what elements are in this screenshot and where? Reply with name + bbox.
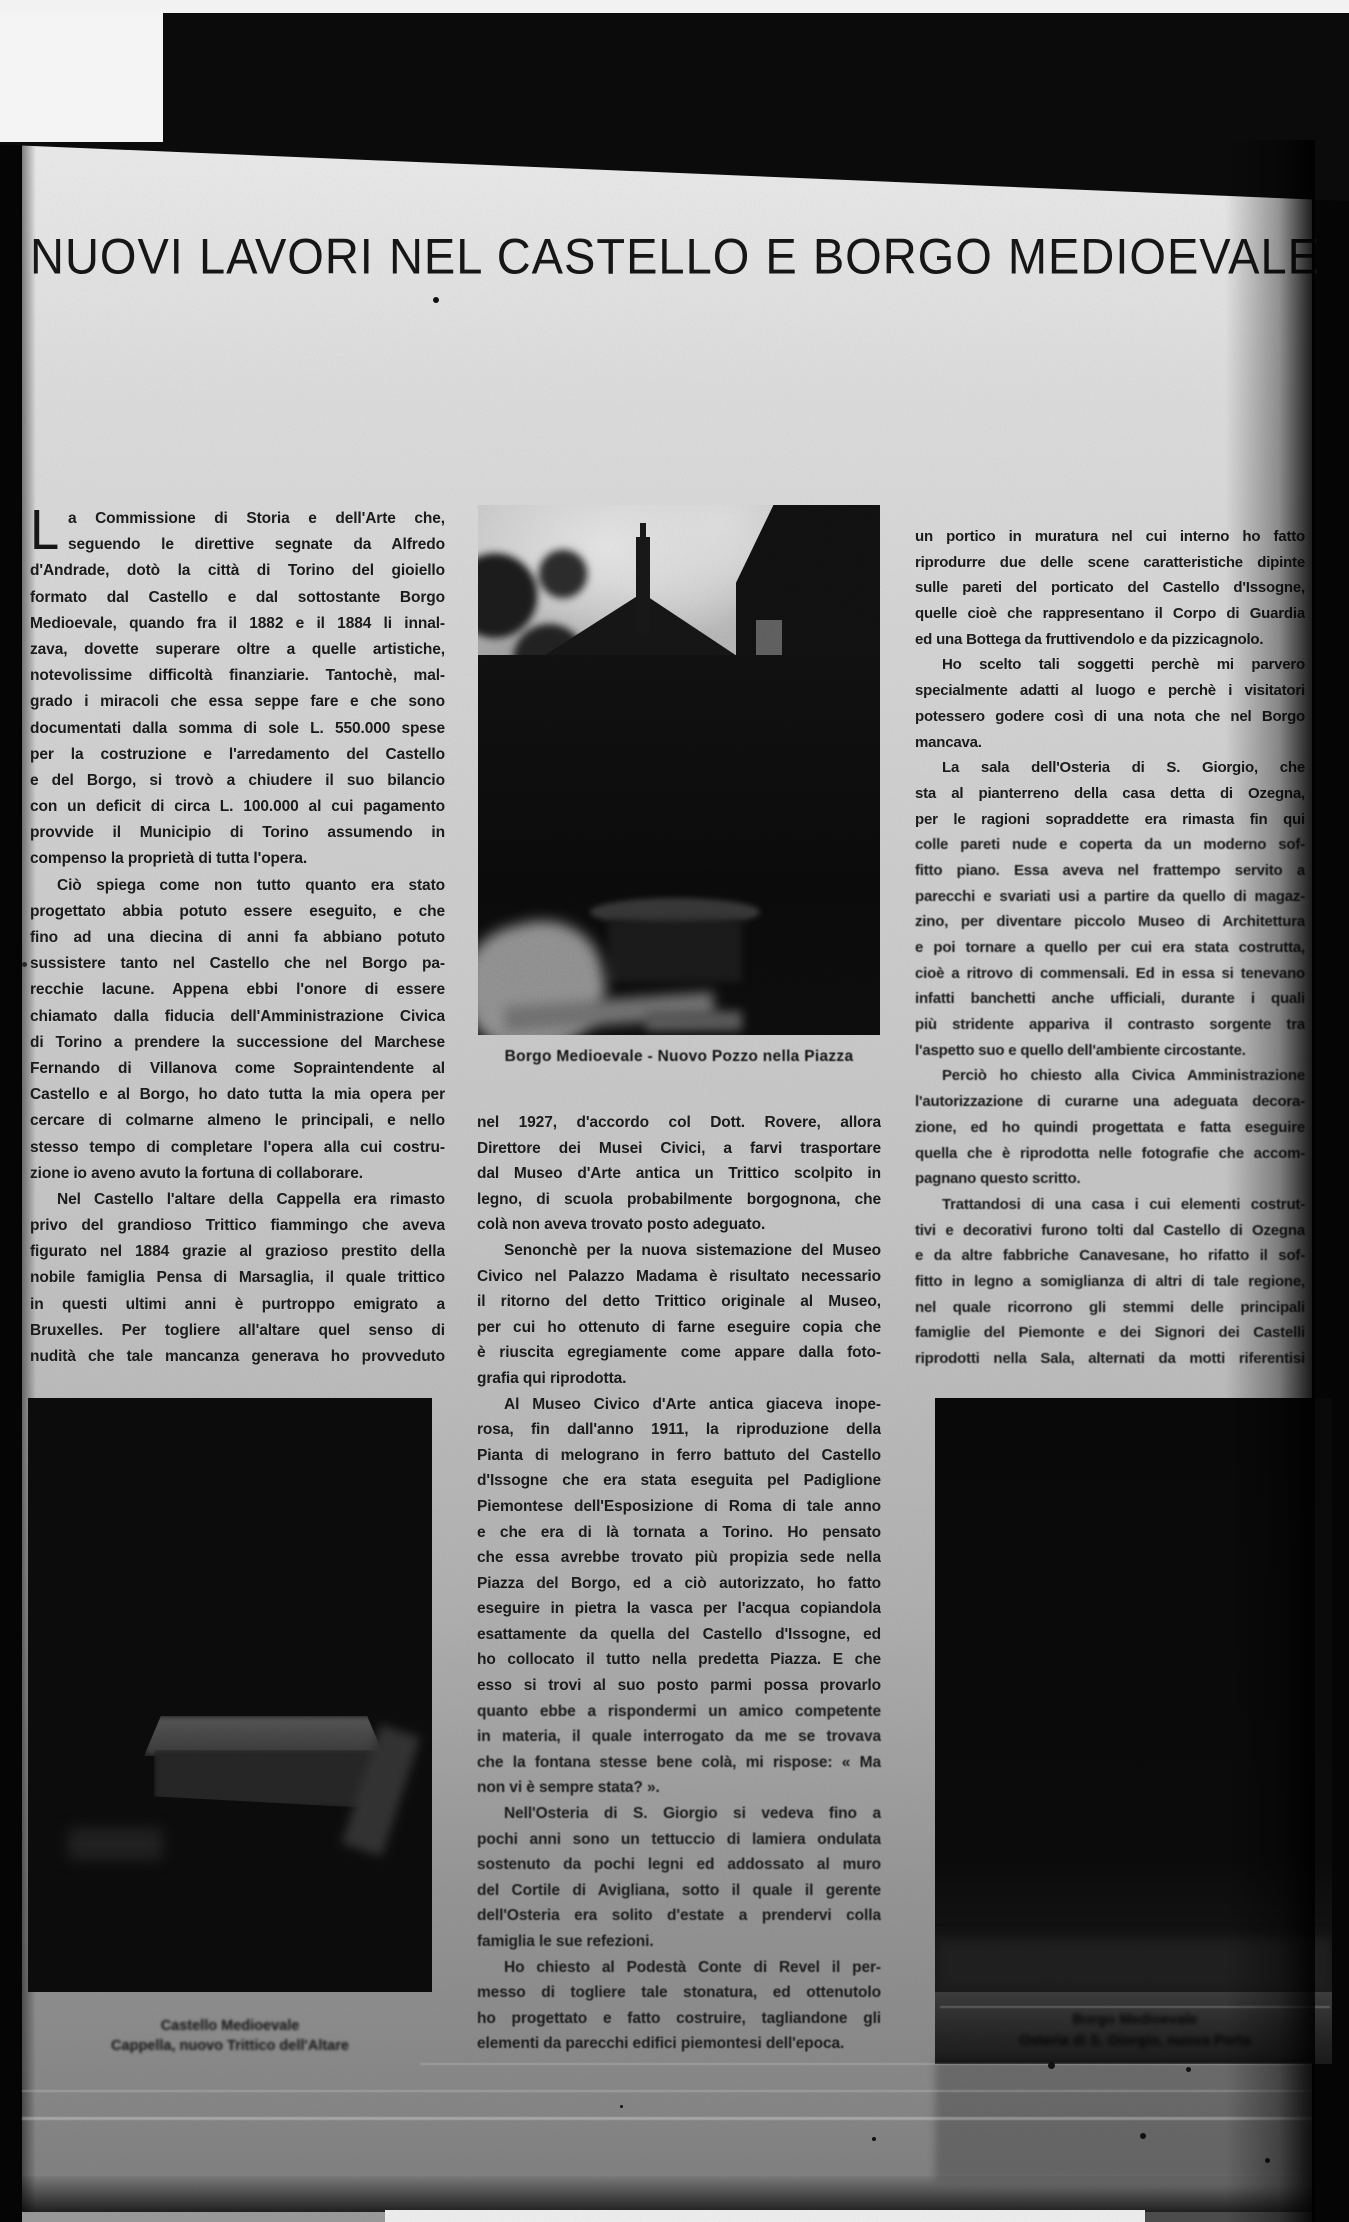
- text-line: ho progettato e fatto costruire, taglian…: [477, 2006, 881, 2032]
- text-line: in materia, il quale interrogato da me s…: [477, 1724, 881, 1750]
- text-line: documentati dalla somma di sole L. 550.0…: [30, 716, 445, 742]
- text-line: nel 1927, d'accordo col Dott. Rovere, al…: [477, 1110, 881, 1136]
- text-line: fino ad una diecina di anni fa abbiano p…: [30, 925, 445, 951]
- scan-streak: [420, 2063, 1312, 2065]
- text-line: chiamato dalla fiducia dell'Amministrazi…: [30, 1004, 445, 1030]
- photo-spire-tip: [640, 523, 646, 539]
- text-line: Al Museo Civico d'Arte antica giaceva in…: [477, 1392, 881, 1418]
- text-line: seguendo le direttive segnate da Alfredo: [30, 532, 445, 558]
- text-line: esattamente da quella del Castello d'Iss…: [477, 1622, 881, 1648]
- text-line: Direttore dei Musei Civici, a farvi tras…: [477, 1136, 881, 1162]
- text-line: il ritorno del detto Trittico originale …: [477, 1289, 881, 1315]
- text-line: eseguire in pietra la vasca per l'acqua …: [477, 1596, 881, 1622]
- scan-streak: [22, 2090, 1312, 2092]
- text-line: figurato nel 1884 grazie al grazioso pre…: [30, 1239, 445, 1265]
- bottom-dark-band: [22, 2176, 1312, 2212]
- caption-middle-photo: Borgo Medioevale - Nuovo Pozzo nella Pia…: [477, 1048, 881, 1066]
- text-column-left: a Commissione di Storia e dell'Arte che,…: [30, 506, 445, 1370]
- text-line: Pianta di melograno in ferro battuto del…: [477, 1443, 881, 1469]
- text-line: che la fontana stesse bene colà, mi risp…: [477, 1750, 881, 1776]
- margin-dot: [22, 962, 27, 967]
- text-line: non vi è sempre stata? ».: [477, 1775, 881, 1801]
- text-line: e del Borgo, si trovò a chiudere il suo …: [30, 768, 445, 794]
- text-line: rosa, fin dall'anno 1911, la riproduzion…: [477, 1417, 881, 1443]
- photo-well-base: [608, 920, 742, 982]
- dust-speck: [620, 2105, 623, 2108]
- text-line: Senonchè per la nuova sistemazione del M…: [477, 1238, 881, 1264]
- text-line: zione io aveno avuto la fortuna di colla…: [30, 1161, 445, 1187]
- photo-floor-glow: [68, 1828, 163, 1860]
- photo-light-spot: [646, 1011, 742, 1031]
- text-line: Nell'Osteria di S. Giorgio si vedeva fin…: [477, 1801, 881, 1827]
- text-line: Ciò spiega come non tutto quanto era sta…: [30, 873, 445, 899]
- text-line: del Cortile di Avigliana, sotto il quale…: [477, 1878, 881, 1904]
- right-edge-shadow: [1225, 140, 1315, 2222]
- text-line: pochi anni sono un tettuccio di lamiera …: [477, 1827, 881, 1853]
- text-line: famiglia le sue refezioni.: [477, 1929, 881, 1955]
- text-line: colà non aveva trovato posto adeguato.: [477, 1212, 881, 1238]
- scanner-top-left-block: [0, 12, 163, 142]
- text-line: Bruxelles. Per togliere all'altare quel …: [30, 1318, 445, 1344]
- text-line: esso si trovi al suo posto parmi possa p…: [477, 1673, 881, 1699]
- text-line: privo del grandioso Trittico fiammingo c…: [30, 1213, 445, 1239]
- text-line: Piazza del Borgo, ed a ciò autorizzato, …: [477, 1571, 881, 1597]
- text-line: ho collocato il tutto nella predetta Pia…: [477, 1647, 881, 1673]
- photo-spire: [636, 537, 650, 633]
- text-line: Medioevale, quando fra il 1882 e il 1884…: [30, 611, 445, 637]
- text-line: per cui ho ottenuto di farne eseguire co…: [477, 1315, 881, 1341]
- text-line: Piemontese dell'Esposizione di Roma di t…: [477, 1494, 881, 1520]
- text-line: Castello e al Borgo, ho dato tutta la mi…: [30, 1082, 445, 1108]
- text-line: Ho chiesto al Podestà Conte di Revel il …: [477, 1955, 881, 1981]
- bottom-gray-left: [22, 2212, 385, 2222]
- scan-streak: [22, 2117, 1312, 2120]
- text-line: cercare di colmarne almeno le principali…: [30, 1108, 445, 1134]
- text-line: progettato abbia potuto essere eseguito,…: [30, 899, 445, 925]
- text-line: nudità che tale mancanza generava ho pro…: [30, 1344, 445, 1370]
- dust-speck: [872, 2137, 876, 2141]
- text-line: che essa avrebbe trovato più propizia se…: [477, 1545, 881, 1571]
- text-line: a Commissione di Storia e dell'Arte che,: [30, 506, 445, 532]
- caption-bottom-left: Castello Medioevale Cappella, nuovo Trit…: [50, 2016, 410, 2056]
- photo-borgo-pozzo: [478, 505, 880, 1035]
- text-line: elementi da parecchi edifici piemontesi …: [477, 2031, 881, 2057]
- scanner-top-strip: [0, 0, 1349, 13]
- caption-line: Castello Medioevale: [50, 2016, 410, 2036]
- scanned-page: NUOVI LAVORI NEL CASTELLO E BORGO MEDIOE…: [0, 0, 1349, 2222]
- text-line: zava, dovette superare oltre a quelle ar…: [30, 637, 445, 663]
- text-line: stesso tempo di completare l'opera alla …: [30, 1135, 445, 1161]
- text-line: e che era di là tornata a Torino. Ho pen…: [477, 1520, 881, 1546]
- text-line: d'Issogne che era stata eseguita pel Pad…: [477, 1468, 881, 1494]
- text-line: compenso la proprietà di tutta l'opera.: [30, 846, 445, 872]
- text-line: nobile famiglia Pensa di Marsaglia, il q…: [30, 1265, 445, 1291]
- text-line: grafia qui riprodotta.: [477, 1366, 881, 1392]
- dust-speck: [1140, 2133, 1146, 2139]
- text-line: Civico nel Palazzo Madama è risultato ne…: [477, 1264, 881, 1290]
- photo-cappella-trittico: [28, 1398, 432, 1992]
- bottom-white-strip: [385, 2210, 1145, 2222]
- text-line: sostenuto da pochi legni ed addossato al…: [477, 1852, 881, 1878]
- text-line: di Torino a prendere la successione del …: [30, 1030, 445, 1056]
- caption-line: Cappella, nuovo Trittico dell'Altare: [50, 2036, 410, 2056]
- text-line: Fernando di Villanova come Sopraintenden…: [30, 1056, 445, 1082]
- text-line: sussistere tanto nel Castello che nel Bo…: [30, 951, 445, 977]
- article-title: NUOVI LAVORI NEL CASTELLO E BORGO MEDIOE…: [30, 228, 1320, 285]
- text-line: dell'Osteria era solito d'estate a prend…: [477, 1903, 881, 1929]
- ink-speck: [433, 297, 439, 303]
- dust-speck: [1186, 2067, 1191, 2072]
- text-line: messo di togliere tale stonatura, ed ott…: [477, 1980, 881, 2006]
- text-line: quanto ebbe a rispondermi un amico compe…: [477, 1699, 881, 1725]
- text-line: è riuscita egregiamente come appare dall…: [477, 1340, 881, 1366]
- text-line: legno, di scuola probabilmente borgognon…: [477, 1187, 881, 1213]
- text-line: in questi ultimi anni è purtroppo emigra…: [30, 1292, 445, 1318]
- text-line: formato dal Castello e dal sottostante B…: [30, 585, 445, 611]
- text-line: per la costruzione e l'arredamento del C…: [30, 742, 445, 768]
- text-line: d'Andrade, dotò la città di Torino del g…: [30, 558, 445, 584]
- text-line: provvide il Municipio di Torino assumend…: [30, 820, 445, 846]
- text-line: recchie lacune. Appena ebbi l'onore di e…: [30, 977, 445, 1003]
- dust-speck: [1048, 2062, 1055, 2069]
- text-line: Nel Castello l'altare della Cappella era…: [30, 1187, 445, 1213]
- text-line: notevolissime difficoltà finanziarie. Ta…: [30, 663, 445, 689]
- text-line: dal Museo d'Arte antica un Trittico scol…: [477, 1161, 881, 1187]
- text-column-middle: nel 1927, d'accordo col Dott. Rovere, al…: [477, 1110, 881, 2057]
- text-line: grado i miracoli che essa seppe fare e c…: [30, 689, 445, 715]
- text-line: con un deficit di circa L. 100.000 al cu…: [30, 794, 445, 820]
